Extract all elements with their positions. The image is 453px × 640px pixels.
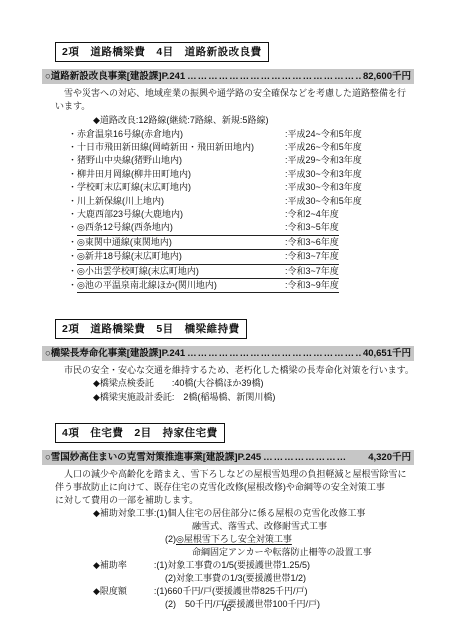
subsidy-target-item2: (2)◎屋根雪下ろし安全対策工事 [165, 533, 414, 546]
route-bullet: ・ [68, 154, 77, 167]
program-amount: 40,651千円 [363, 347, 411, 360]
program-title: ○雪国妙高住まいの克雪対策推進事業[建設課]P.245 [45, 451, 261, 464]
route-bullet: ・ [68, 208, 77, 221]
route-bullet: ・ [68, 265, 77, 279]
program-bar: ○雪国妙高住まいの克雪対策推進事業[建設課]P.245 …………………… 4,3… [42, 450, 414, 465]
description-line: います。 [55, 100, 414, 113]
bridge-inspection-line: ◆橋梁点検委託 :40橋(大谷橋ほか39橋) [93, 377, 414, 391]
route-bullet: ・ [68, 168, 77, 181]
route-name: 学校町末広町線(末広町地内) [77, 181, 285, 194]
route-name: ◎新井18号線(末広町地内) [77, 250, 285, 263]
page-content: 2項 道路橋梁費 4目 道路新設改良費 ○道路新設改良事業[建設課]P.241 … [42, 42, 414, 611]
bridge-design-line: ◆橋梁実施設計委託: 2橋(稲場橋、新関川橋) [93, 391, 414, 405]
route-bullet: ・ [68, 279, 77, 293]
item2-text: ◎屋根雪下ろし安全対策工事 [176, 534, 292, 544]
route-row: ・ 猪野山中央線(猪野山地内):平成29~令和3年度 [68, 154, 414, 167]
route-period: :令和3~7年度 [285, 265, 339, 278]
route-row: ・ 学校町末広町線(末広町地内):平成30~令和3年度 [68, 181, 414, 194]
route-name: 柳井田月岡線(柳井田町地内) [77, 168, 285, 181]
route-improvement-summary: ◆道路改良:12路線(継続:7路線、新規:5路線) [93, 114, 414, 127]
route-period: :平成30~令和3年度 [285, 181, 362, 194]
program-description: 市民の安全・安心な交通を維持するため、老朽化した橋梁の長寿命化対策を行います。 [55, 364, 414, 377]
section-heading: 2項 道路橋梁費 5目 橋梁維持費 [55, 319, 247, 339]
route-row: ・ 川上新保線(川上地内):平成30~令和5年度 [68, 195, 414, 208]
document-page: 2項 道路橋梁費 4目 道路新設改良費 ○道路新設改良事業[建設課]P.241 … [0, 0, 453, 640]
program-description: 人口の減少や高齢化を踏まえ、雪下ろしなどの屋根雪処理の負担軽減と屋根雪除雪に 伴… [55, 468, 414, 506]
program-bar: ○道路新設改良事業[建設課]P.241 ……………………………………………………… [42, 69, 414, 84]
route-row-new: ・ ◎東関中通線(東関地内):令和3~6年度 [68, 236, 414, 250]
route-period: :令和3~5年度 [285, 221, 339, 234]
section-private-housing: 4項 住宅費 2目 持家住宅費 ○雪国妙高住まいの克雪対策推進事業[建設課]P.… [42, 423, 414, 610]
route-period: :平成24~令和5年度 [285, 128, 362, 141]
route-bullet: ・ [68, 250, 77, 264]
route-bullet: ・ [68, 236, 77, 250]
route-period: :平成30~令和3年度 [285, 168, 362, 181]
route-name: 赤倉温泉16号線(赤倉地内) [77, 128, 285, 141]
route-name: ◎池の平温泉南北線ほか(関川地内) [77, 279, 285, 292]
section-bridge-maintenance: 2項 道路橋梁費 5目 橋梁維持費 ○橋梁長寿命化事業[建設課]P.241 ……… [42, 319, 414, 404]
route-bullet: ・ [68, 195, 77, 208]
program-description: 雪や災害への対応、地域産業の振興や通学路の安全確保などを考慮した道路整備を行 い… [55, 87, 414, 113]
section-heading: 4項 住宅費 2目 持家住宅費 [55, 423, 225, 443]
section-road-improvement: 2項 道路橋梁費 4目 道路新設改良費 ○道路新設改良事業[建設課]P.241 … [42, 42, 414, 293]
subsidy-rate-line2: (2)対象工事費の1/3(要援護世帯1/2) [165, 572, 414, 585]
program-bar: ○橋梁長寿命化事業[建設課]P.241 ……………………………………………………… [42, 346, 414, 361]
route-row: ・ 赤倉温泉16号線(赤倉地内):平成24~令和5年度 [68, 128, 414, 141]
route-row: ・ 大鹿西部23号線(大鹿地内):令和2~4年度 [68, 208, 414, 221]
description-line: 雪や災害への対応、地域産業の振興や通学路の安全確保などを考慮した道路整備を行 [55, 87, 414, 100]
route-list: ・ 赤倉温泉16号線(赤倉地内):平成24~令和5年度 ・ 十日市飛田新田線(岡… [42, 128, 414, 294]
subsidy-rate-line1: ◆補助率 :(1)対象工事費の1/5(要援護世帯1.25/5) [93, 559, 414, 572]
route-name: ◎西条12号線(西条地内) [77, 221, 285, 234]
route-name: 十日市飛田新田線(岡崎新田・飛田新田地内) [77, 141, 285, 154]
route-name: ◎東関中通線(東関地内) [77, 236, 285, 249]
program-title: ○橋梁長寿命化事業[建設課]P.241 [45, 347, 185, 360]
description-line: 市民の安全・安心な交通を維持するため、老朽化した橋梁の長寿命化対策を行います。 [55, 364, 414, 377]
dot-leader: …………………… [263, 451, 366, 464]
section-heading: 2項 道路橋梁費 4目 道路新設改良費 [55, 42, 269, 62]
program-title: ○道路新設改良事業[建設課]P.241 [45, 70, 185, 83]
program-amount: 82,600千円 [363, 70, 411, 83]
description-line: 人口の減少や高齢化を踏まえ、雪下ろしなどの屋根雪処理の負担軽減と屋根雪除雪に [55, 468, 414, 481]
description-line: に対して費用の一部を補助します。 [55, 494, 414, 507]
subsidy-limit-line1: ◆限度額 :(1)660千円/戸(要援護世帯825千円/戸) [93, 585, 414, 598]
item2-prefix: (2) [165, 534, 176, 544]
route-period: :令和2~4年度 [285, 208, 339, 221]
route-bullet: ・ [68, 181, 77, 194]
page-number: 75 [0, 603, 453, 613]
route-name: ◎小出雲学校町線(末広町地内) [77, 265, 285, 278]
subsidy-item2-sub: 命綱固定アンカーや転落防止柵等の設置工事 [192, 546, 414, 559]
route-row-new: ・ ◎新井18号線(末広町地内):令和3~7年度 [68, 250, 414, 264]
route-period: :令和3~6年度 [285, 236, 339, 249]
route-row-new: ・ ◎池の平温泉南北線ほか(関川地内):令和3~9年度 [68, 279, 414, 293]
dot-leader: …………………………………………………… [187, 347, 361, 360]
route-bullet: ・ [68, 141, 77, 154]
route-row: ・ 十日市飛田新田線(岡崎新田・飛田新田地内):平成26~令和5年度 [68, 141, 414, 154]
route-bullet: ・ [68, 128, 77, 141]
route-period: :令和3~7年度 [285, 250, 339, 263]
subsidy-target-sub: 融雪式、落雪式、改修耐雪式工事 [192, 520, 414, 533]
route-period: :平成30~令和5年度 [285, 195, 362, 208]
subsidy-target-line: ◆補助対象工事:(1)個人住宅の居住部分に係る屋根の克雪化改修工事 [93, 507, 414, 520]
route-name: 猪野山中央線(猪野山地内) [77, 154, 285, 167]
route-period: :平成26~令和5年度 [285, 141, 362, 154]
dot-leader: …………………………………………………… [187, 70, 361, 83]
route-row: ・ 柳井田月岡線(柳井田町地内):平成30~令和3年度 [68, 168, 414, 181]
route-name: 大鹿西部23号線(大鹿地内) [77, 208, 285, 221]
route-row-new: ・ ◎西条12号線(西条地内):令和3~5年度 [68, 221, 414, 235]
program-amount: 4,320千円 [368, 451, 411, 464]
route-period: :令和3~9年度 [285, 279, 339, 292]
route-bullet: ・ [68, 221, 77, 235]
route-name: 川上新保線(川上地内) [77, 195, 285, 208]
description-line: 伴う事故防止に向けて、既存住宅の克雪化改修(屋根改修)や命綱等の安全対策工事 [55, 481, 414, 494]
route-row-new: ・ ◎小出雲学校町線(末広町地内):令和3~7年度 [68, 265, 414, 279]
route-period: :平成29~令和3年度 [285, 154, 362, 167]
